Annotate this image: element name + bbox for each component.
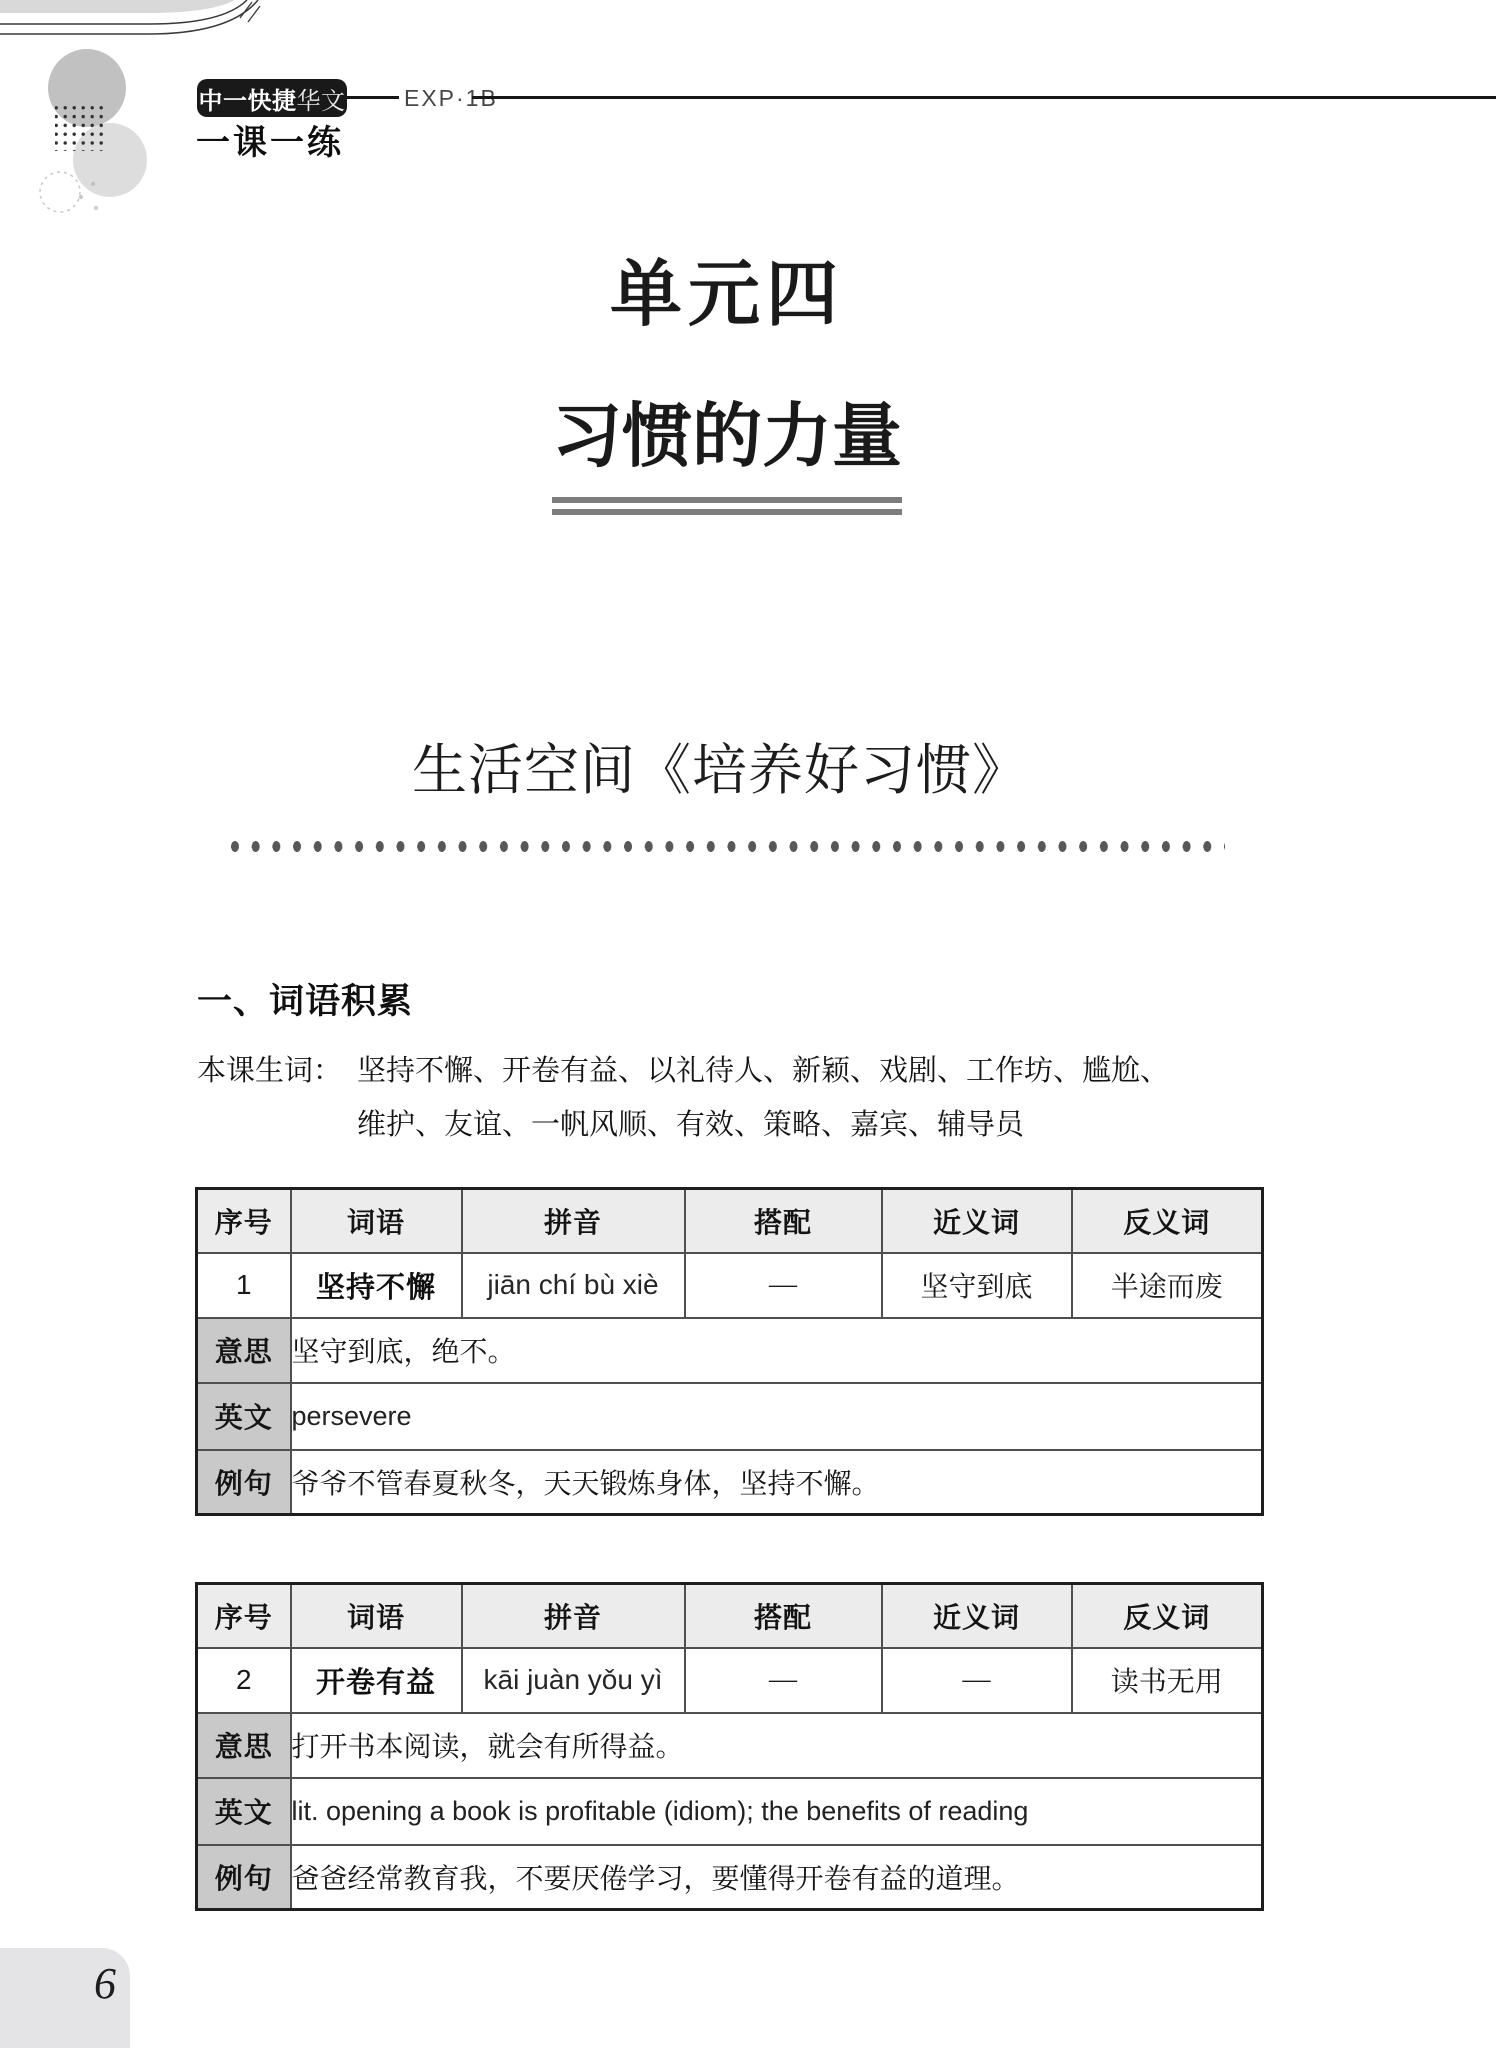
english-row: 英文 lit. opening a book is profitable (id…: [197, 1778, 1263, 1845]
col-header-word: 词语: [291, 1189, 462, 1253]
title-double-underline: [552, 497, 902, 515]
page-number: 6: [94, 1958, 116, 2009]
vocab-line-2: 维护、友谊、一帆风顺、有效、策略、嘉宾、辅导员: [357, 1098, 1169, 1152]
table-header-row: 序号 词语 拼音 搭配 近义词 反义词: [197, 1584, 1263, 1648]
word-value: 坚持不懈: [291, 1253, 462, 1318]
example-text: 爷爷不管春夏秋冬，天天锻炼身体，坚持不懈。: [291, 1450, 1263, 1515]
series-title: 一课一练: [196, 115, 344, 164]
antonym-value: 读书无用: [1072, 1648, 1263, 1713]
english-label: 英文: [197, 1383, 291, 1450]
word-value: 开卷有益: [291, 1648, 462, 1713]
vocab-list-words: 坚持不懈、开卷有益、以礼待人、新颖、戏剧、工作坊、尴尬、 维护、友谊、一帆风顺、…: [357, 1044, 1169, 1152]
english-row: 英文 persevere: [197, 1383, 1263, 1450]
meaning-label: 意思: [197, 1713, 291, 1778]
col-header-no: 序号: [197, 1189, 291, 1253]
dot-grid-decoration: [55, 101, 108, 151]
example-label: 例句: [197, 1845, 291, 1910]
word-row: 1 坚持不懈 jiān chí bù xiè — 坚守到底 半途而废: [197, 1253, 1263, 1318]
pinyin-value: jiān chí bù xiè: [462, 1253, 685, 1318]
collocation-value: —: [685, 1648, 882, 1713]
col-header-synonym: 近义词: [882, 1189, 1072, 1253]
table-header-row: 序号 词语 拼音 搭配 近义词 反义词: [197, 1189, 1263, 1253]
synonym-value: 坚守到底: [882, 1253, 1072, 1318]
antonym-value: 半途而废: [1072, 1253, 1263, 1318]
meaning-label: 意思: [197, 1318, 291, 1383]
meaning-text: 打开书本阅读，就会有所得益。: [291, 1713, 1263, 1778]
unit-number: 单元四: [0, 236, 1454, 340]
col-header-pinyin: 拼音: [462, 1189, 685, 1253]
col-header-antonym: 反义词: [1072, 1584, 1263, 1648]
col-header-antonym: 反义词: [1072, 1189, 1263, 1253]
lesson-subtitle: 生活空间《培养好习惯》: [0, 726, 1440, 805]
section-heading: 一、词语积累: [197, 974, 413, 1024]
meaning-row: 意思 坚守到底，绝不。: [197, 1318, 1263, 1383]
vocab-table-1: 序号 词语 拼音 搭配 近义词 反义词 1 坚持不懈 jiān chí bù x…: [195, 1187, 1264, 1516]
word-no: 1: [197, 1253, 291, 1318]
collocation-value: —: [685, 1253, 882, 1318]
header-rule-long: [472, 96, 1496, 99]
word-no: 2: [197, 1648, 291, 1713]
vocab-table-2: 序号 词语 拼音 搭配 近义词 反义词 2 开卷有益 kāi juàn yǒu …: [195, 1582, 1264, 1911]
badge-text: 中一: [199, 81, 248, 116]
example-text: 爸爸经常教育我，不要厌倦学习，要懂得开卷有益的道理。: [291, 1845, 1263, 1910]
vocab-list: 本课生词： 坚持不懈、开卷有益、以礼待人、新颖、戏剧、工作坊、尴尬、 维护、友谊…: [197, 1044, 1169, 1152]
col-header-word: 词语: [291, 1584, 462, 1648]
english-text: persevere: [291, 1383, 1263, 1450]
vocab-list-label: 本课生词：: [197, 1044, 357, 1152]
meaning-row: 意思 打开书本阅读，就会有所得益。: [197, 1713, 1263, 1778]
col-header-collocation: 搭配: [685, 1189, 882, 1253]
english-label: 英文: [197, 1778, 291, 1845]
synonym-value: —: [882, 1648, 1072, 1713]
col-header-pinyin: 拼音: [462, 1584, 685, 1648]
col-header-synonym: 近义词: [882, 1584, 1072, 1648]
pinyin-value: kāi juàn yǒu yì: [462, 1648, 685, 1713]
dotted-divider: [231, 840, 1225, 853]
english-text: lit. opening a book is profitable (idiom…: [291, 1778, 1263, 1845]
example-row: 例句 爸爸经常教育我，不要厌倦学习，要懂得开卷有益的道理。: [197, 1845, 1263, 1910]
col-header-collocation: 搭配: [685, 1584, 882, 1648]
header-rule-short: [347, 96, 399, 99]
word-row: 2 开卷有益 kāi juàn yǒu yì — — 读书无用: [197, 1648, 1263, 1713]
vocab-line-1: 坚持不懈、开卷有益、以礼待人、新颖、戏剧、工作坊、尴尬、: [357, 1044, 1169, 1098]
series-badge: 中一快捷华文: [197, 79, 347, 117]
meaning-text: 坚守到底，绝不。: [291, 1318, 1263, 1383]
example-row: 例句 爷爷不管春夏秋冬，天天锻炼身体，坚持不懈。: [197, 1450, 1263, 1515]
col-header-no: 序号: [197, 1584, 291, 1648]
unit-title: 习惯的力量: [0, 380, 1454, 481]
example-label: 例句: [197, 1450, 291, 1515]
workbook-page: 中一快捷华文 EXP·1B 一课一练 单元四 习惯的力量 生活空间《培养好习惯》…: [0, 0, 1496, 2048]
